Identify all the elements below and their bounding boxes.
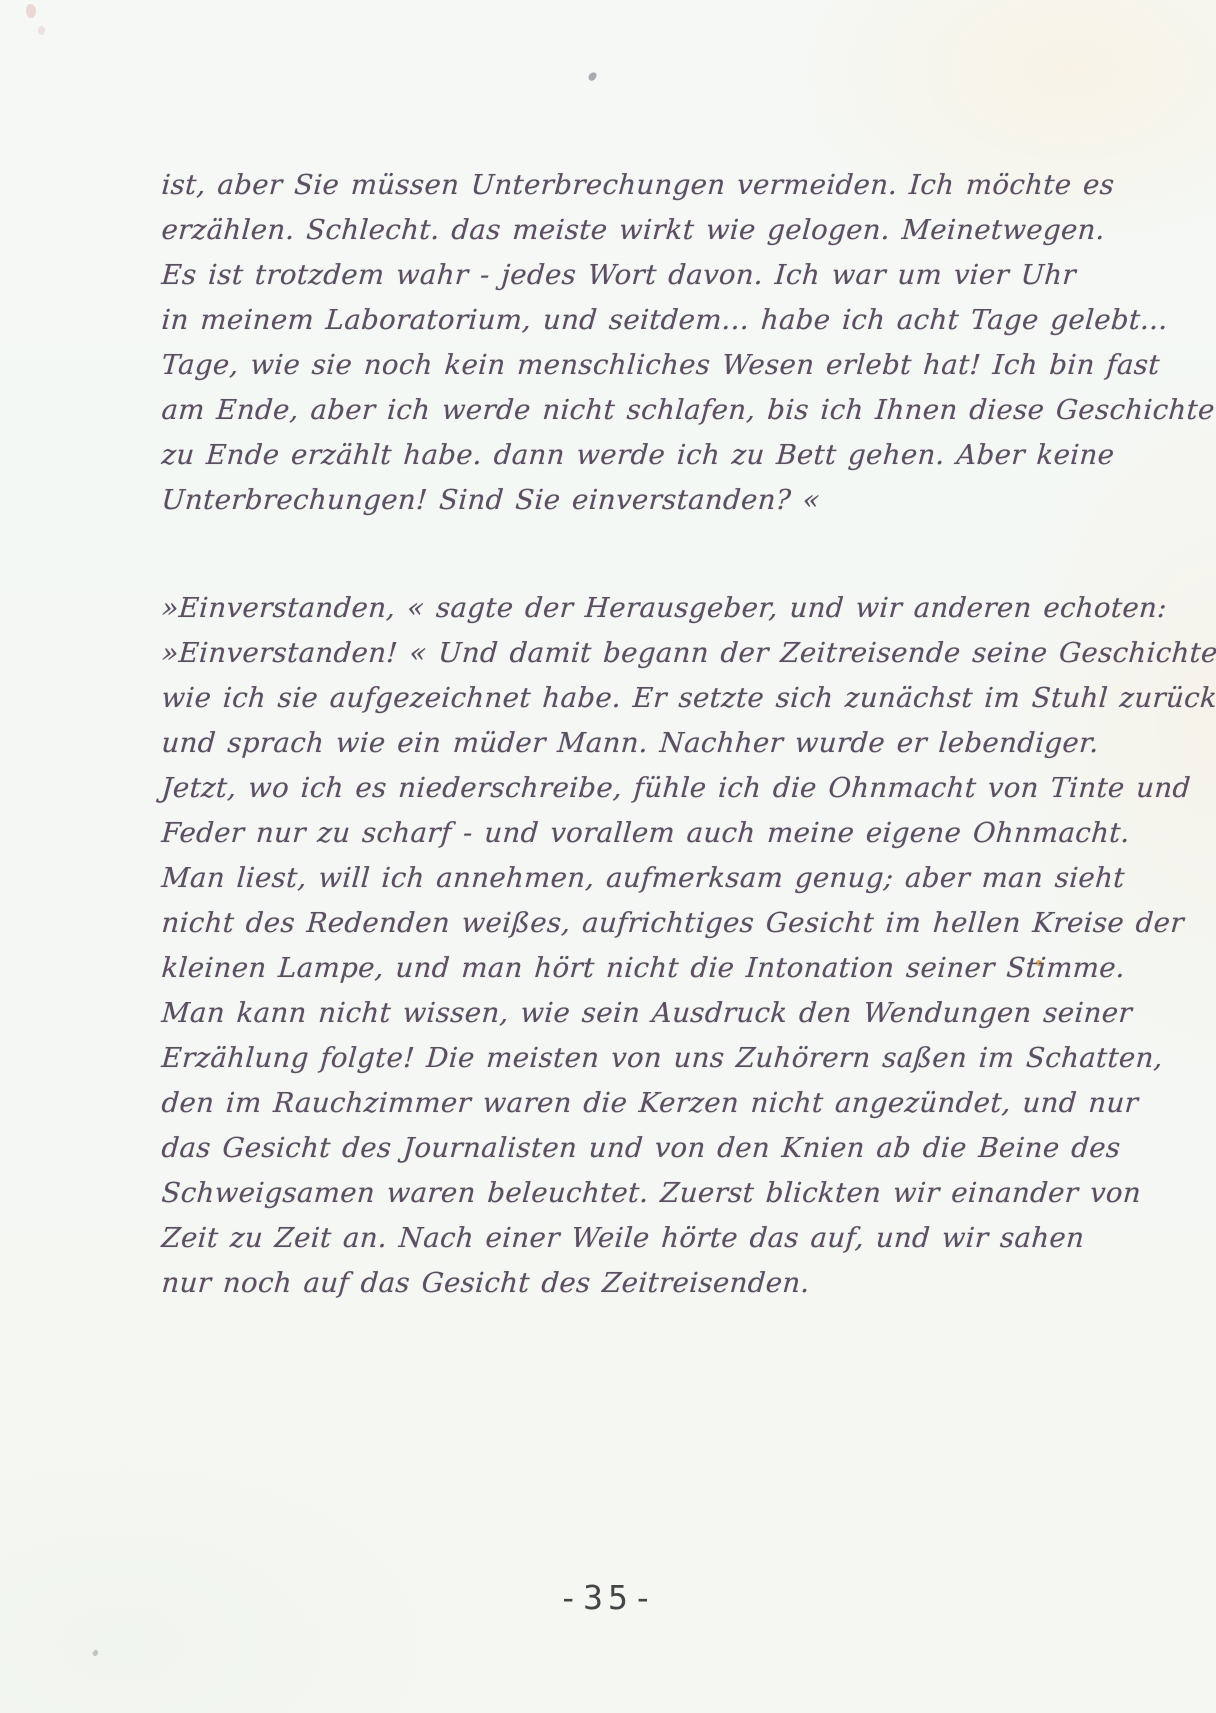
- paragraph-2: »Einverstanden, « sagte der Herausgeber,…: [160, 586, 990, 1306]
- manuscript-line: Zeit zu Zeit an. Nach einer Weile hörte …: [160, 1216, 993, 1261]
- paper-speck-pink-1: [26, 4, 36, 18]
- manuscript-line: nur noch auf das Gesicht des Zeitreisend…: [160, 1261, 993, 1306]
- manuscript-line: erzählen. Schlecht. das meiste wirkt wie…: [160, 208, 993, 253]
- paragraph-1: ist, aber Sie müssen Unterbrechungen ver…: [160, 163, 990, 523]
- manuscript-line: und sprach wie ein müder Mann. Nachher w…: [160, 721, 993, 766]
- manuscript-line: Schweigsamen waren beleuchtet. Zuerst bl…: [160, 1171, 993, 1216]
- manuscript-line: nicht des Redenden weißes, aufrichtiges …: [160, 901, 993, 946]
- manuscript-line: den im Rauchzimmer waren die Kerzen nich…: [160, 1081, 993, 1126]
- manuscript-line: Unterbrechungen! Sind Sie einverstanden?…: [160, 478, 993, 523]
- manuscript-line: Man kann nicht wissen, wie sein Ausdruck…: [160, 991, 993, 1036]
- manuscript-line: zu Ende erzählt habe. dann werde ich zu …: [160, 433, 993, 478]
- manuscript-line: kleinen Lampe, und man hört nicht die In…: [160, 946, 993, 991]
- paper-speck-pink-2: [38, 26, 45, 35]
- manuscript-line: Jetzt, wo ich es niederschreibe, fühle i…: [160, 766, 993, 811]
- manuscript-line: ist, aber Sie müssen Unterbrechungen ver…: [160, 163, 993, 208]
- manuscript-line: Tage, wie sie noch kein menschliches Wes…: [160, 343, 993, 388]
- manuscript-line: »Einverstanden, « sagte der Herausgeber,…: [160, 586, 993, 631]
- handwritten-text-block: ist, aber Sie müssen Unterbrechungen ver…: [160, 163, 990, 1306]
- manuscript-line: »Einverstanden! « Und damit begann der Z…: [160, 631, 993, 676]
- manuscript-line: am Ende, aber ich werde nicht schlafen, …: [160, 388, 993, 433]
- manuscript-line: Man liest, will ich annehmen, aufmerksam…: [160, 856, 993, 901]
- page-number: -35-: [0, 1578, 1216, 1617]
- manuscript-line: Feder nur zu scharf - und vorallem auch …: [160, 811, 993, 856]
- manuscript-line: das Gesicht des Journalisten und von den…: [160, 1126, 993, 1171]
- manuscript-line: Es ist trotzdem wahr - jedes Wort davon.…: [160, 253, 993, 298]
- manuscript-line: wie ich sie aufgezeichnet habe. Er setzt…: [160, 676, 993, 721]
- manuscript-line: Erzählung folgte! Die meisten von uns Zu…: [160, 1036, 993, 1081]
- manuscript-line: in meinem Laboratorium, und seitdem... h…: [160, 298, 993, 343]
